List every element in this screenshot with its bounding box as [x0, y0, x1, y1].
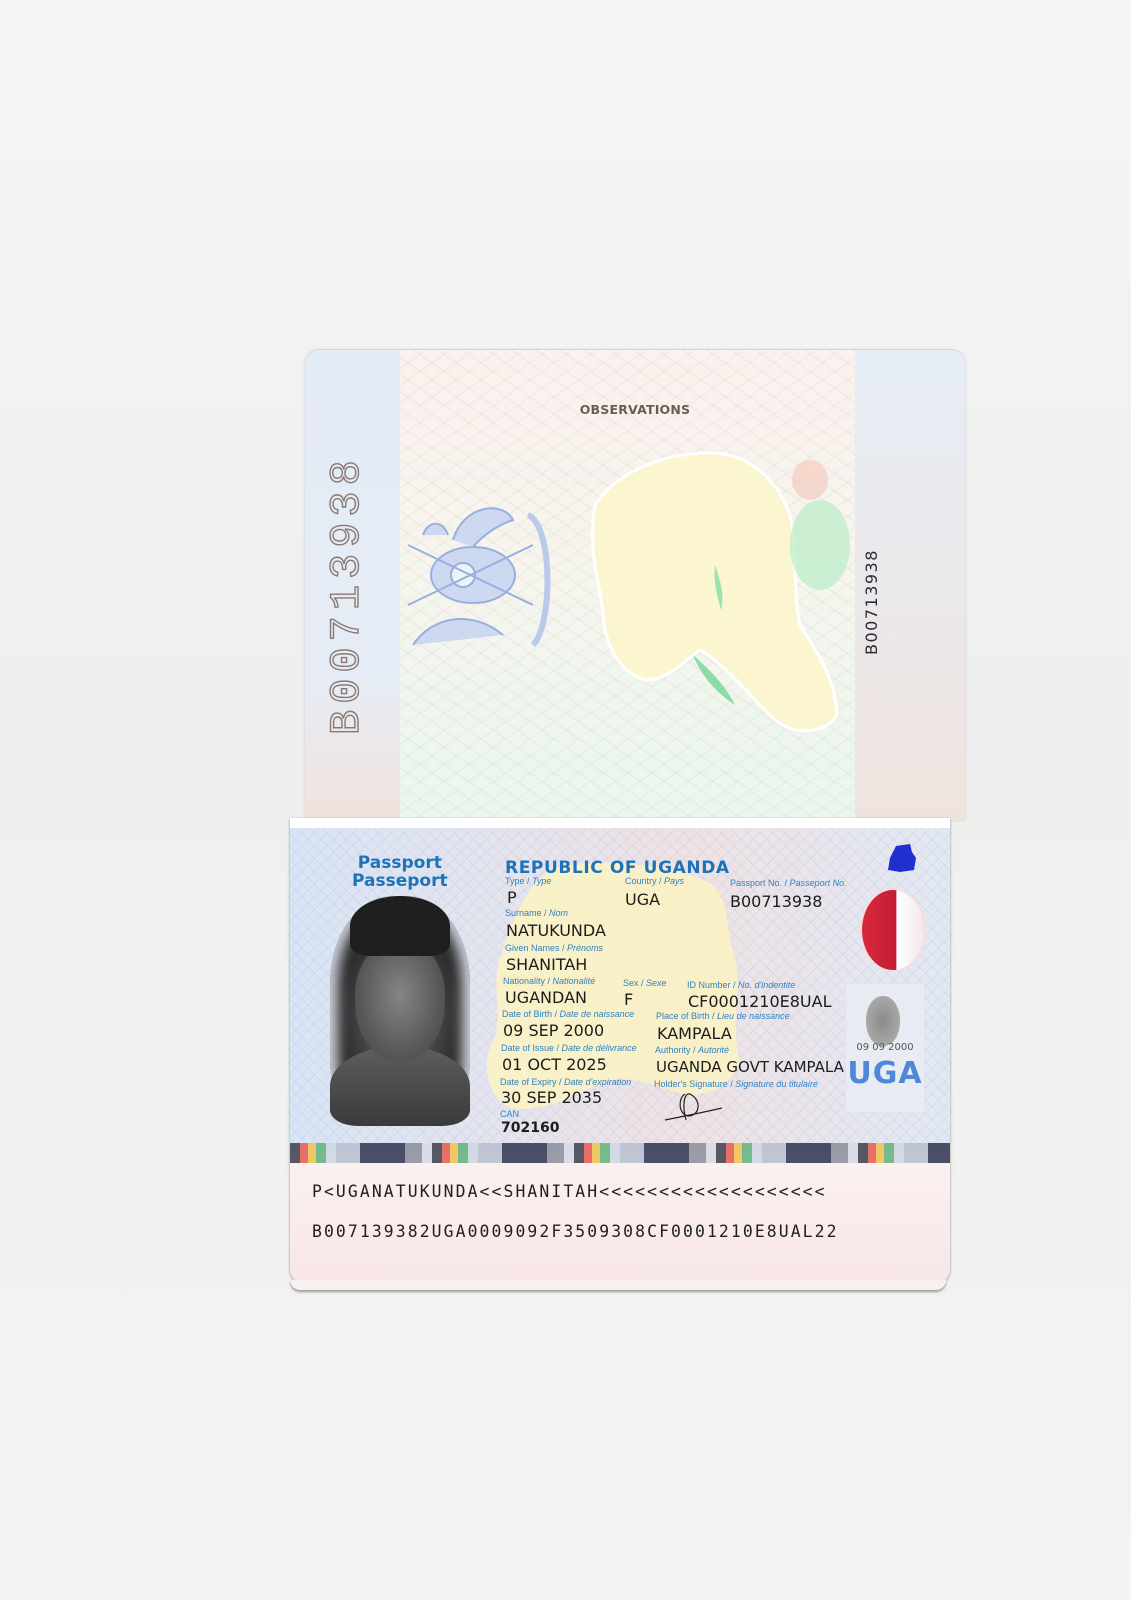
- can-label: CAN: [500, 1109, 519, 1119]
- date-of-birth-label: Date of Birth / Date de naissance: [502, 1009, 634, 1019]
- sex-label: Sex / Sexe: [623, 978, 667, 988]
- authority-label: Authority / Autorité: [655, 1045, 729, 1055]
- given-names-value: SHANITAH: [506, 955, 587, 974]
- date-of-issue-value: 01 OCT 2025: [502, 1055, 607, 1074]
- surname-value: NATUKUNDA: [506, 921, 606, 940]
- red-security-seal: [860, 888, 926, 972]
- surname-label: Surname / Nom: [505, 908, 568, 918]
- country-label: Country / Pays: [625, 876, 684, 886]
- photo-hair: [350, 896, 450, 956]
- uganda-map-icon: [886, 844, 918, 874]
- holder-photo: [330, 896, 470, 1126]
- passport-no-label: Passport No. / Passeport No.: [730, 878, 847, 888]
- sex-value: F: [624, 990, 633, 1009]
- id-number-value: CF0001210E8UAL: [688, 992, 832, 1011]
- ghost-country-code: UGA: [846, 1056, 924, 1091]
- perforated-passport-number: B00713938: [323, 405, 373, 735]
- coat-of-arms-icon: [393, 495, 563, 655]
- ghost-image: 09 09 2000 UGA: [845, 983, 925, 1113]
- holder-signature-icon: [660, 1086, 730, 1126]
- uganda-map-watermark-icon: [575, 445, 855, 745]
- passport-no-value: B00713938: [730, 892, 822, 911]
- vertical-passport-number: B00713938: [862, 525, 884, 655]
- ghost-portrait: [866, 996, 900, 1046]
- place-of-birth-label: Place of Birth / Lieu de naissance: [656, 1011, 790, 1021]
- page-stack-edge: [290, 1280, 946, 1290]
- photo-face: [355, 941, 445, 1061]
- date-of-expiry-value: 30 SEP 2035: [501, 1088, 602, 1107]
- place-of-birth-value: KAMPALA: [657, 1024, 732, 1043]
- id-number-label: ID Number / No. d'indentite: [687, 980, 795, 990]
- authority-value: UGANDA GOVT KAMPALA: [656, 1058, 844, 1076]
- observations-title: OBSERVATIONS: [305, 402, 965, 417]
- can-value: 702160: [501, 1120, 559, 1136]
- given-names-label: Given Names / Prénoms: [505, 943, 603, 953]
- type-value: P: [507, 888, 517, 907]
- country-value: UGA: [625, 890, 660, 909]
- hologram-strip: [290, 1143, 950, 1163]
- passport-data-page: Passport Passeport REPUBLIC OF UGANDA Ty…: [290, 818, 950, 1283]
- nationality-value: UGANDAN: [505, 988, 587, 1007]
- mrz-line-2: B007139382UGA0009092F3509308CF0001210E8U…: [312, 1222, 839, 1241]
- country-title: REPUBLIC OF UGANDA: [505, 858, 730, 878]
- passport-label: Passport Passeport: [352, 854, 448, 890]
- mrz-line-1: P<UGANATUKUNDA<<SHANITAH<<<<<<<<<<<<<<<<…: [312, 1182, 827, 1201]
- passport-label-en: Passport: [352, 854, 448, 872]
- date-of-expiry-label: Date of Expiry / Date d'expiration: [500, 1077, 631, 1087]
- type-label: Type / Type: [505, 876, 551, 886]
- passport-label-fr: Passeport: [352, 872, 448, 890]
- observations-page: OBSERVATIONS B00713938 B00713938: [305, 350, 965, 820]
- date-of-issue-label: Date of Issue / Date de délivrance: [501, 1043, 637, 1053]
- page-top-edge: [290, 818, 950, 828]
- ghost-date: 09 09 2000: [846, 1042, 924, 1053]
- date-of-birth-value: 09 SEP 2000: [503, 1021, 604, 1040]
- nationality-label: Nationality / Nationalité: [503, 976, 595, 986]
